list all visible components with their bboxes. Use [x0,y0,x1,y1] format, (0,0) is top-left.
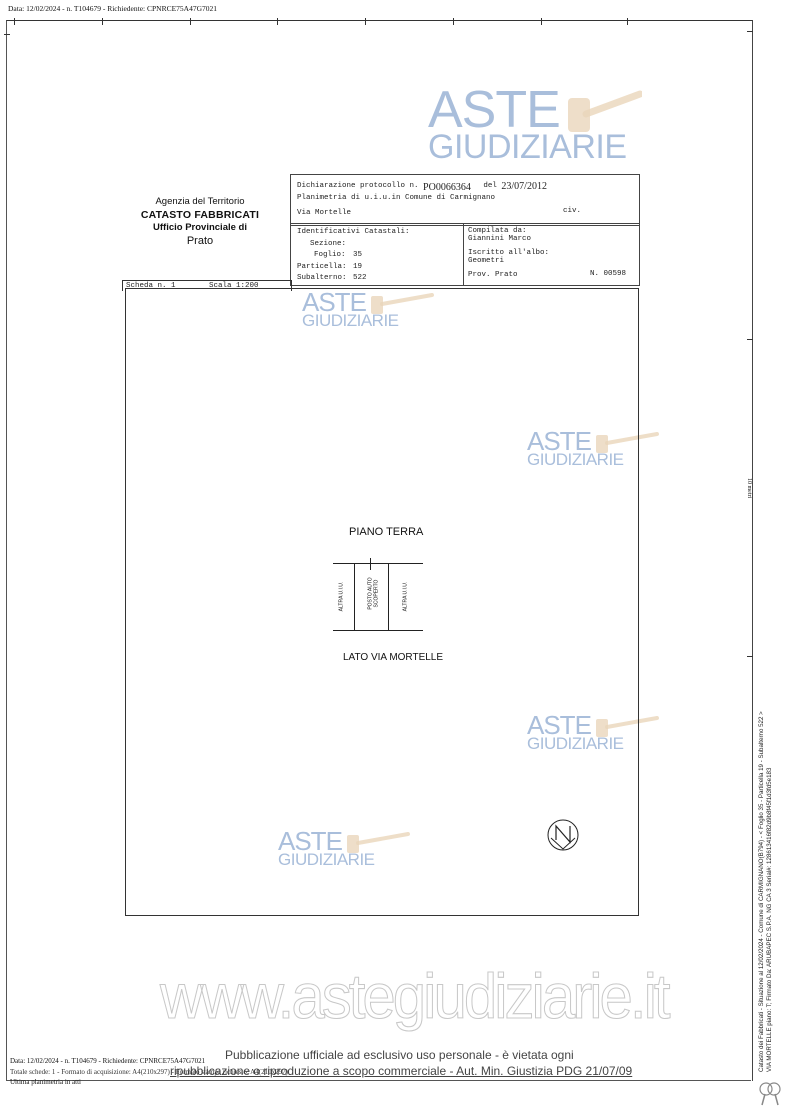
albo-label: Iscritto all'albo: [468,249,549,257]
declaration-box: Dichiarazione protocollo n. PO0066364 de… [290,174,640,226]
footer-format-line: Totale schede: 1 - Formato di acquisizio… [10,1068,288,1076]
watermark-url: www.astegiudiziarie.it [160,960,668,1032]
cadastral-ids-box: Identificativi Catastali: Sezione: Fogli… [290,223,465,286]
floor-label: PIANO TERRA [349,526,423,538]
particella-label: Particella: [297,263,347,271]
certified-seal-icon [757,1080,783,1106]
parking-label-2: SCOPERTO [375,570,380,618]
compiler-province: Prov. Prato [468,271,518,279]
frame-bottom [6,1080,751,1081]
frame-tick [747,31,753,32]
footer-last-plan-line: Ultima planimetria in atti [10,1078,81,1086]
frame-tick [747,339,753,340]
publication-notice-line1: Pubblicazione ufficiale ad esclusivo uso… [225,1048,574,1062]
albo-value: Geometri [468,257,504,265]
sezione-label: Sezione: [310,240,346,248]
subalterno-label: Subalterno: [297,274,347,282]
protocol-number: PO0066364 [423,182,471,193]
foglio-label: Foglio: [314,251,346,259]
civ-label: civ. [563,207,581,215]
agency-header: Agenzia del Territorio CATASTO FABBRICAT… [120,196,280,249]
compiler-label: Compilata da: [468,227,527,235]
frame-tick [627,18,628,25]
planimetry-line: Planimetria di u.i.u.in Comune di Carmig… [297,194,495,202]
frame-tick [190,18,191,25]
parking-space-plan: ALTRA U.I.U. POSTO AUTO SCOPERTO ALTRA U… [333,558,423,633]
north-arrow-icon [546,818,580,852]
particella-value: 19 [353,263,362,271]
frame-tick [453,18,454,25]
office-city: Prato [120,234,280,249]
request-header: Data: 12/02/2024 - n. T104679 - Richiede… [8,4,217,13]
scale-note: 10 metri [746,478,752,498]
cadastral-title: Identificativi Catastali: [297,228,410,236]
frame-tick [14,18,15,25]
protocol-date: 23/07/2012 [501,181,547,192]
side-signature-line: VIA MORTELLE piano: T; Firmato Da: ARUBA… [766,768,773,1072]
foglio-value: 35 [353,251,362,259]
adjacent-unit-left: ALTRA U.I.U. [340,573,345,621]
catasto-title: CATASTO FABBRICATI [120,208,280,222]
gavel-icon [562,88,642,140]
compiler-name: Giannini Marco [468,235,531,243]
frame-tick [365,18,366,25]
side-situation-line: Catasto dei Fabbricati - Situazione al 1… [758,711,765,1072]
frame-tick [4,34,10,35]
address: Via Mortelle [297,209,351,217]
protocol-line: Dichiarazione protocollo n. PO0066364 de… [297,179,547,190]
frame-tick [277,18,278,25]
footer-request-line: Data: 12/02/2024 - n. T104679 - Richiede… [10,1057,205,1065]
street-side-label: LATO VIA MORTELLE [343,652,443,663]
compiler-box: Compilata da: Giannini Marco Iscritto al… [463,223,640,286]
subalterno-value: 522 [353,274,367,282]
adjacent-unit-right: ALTRA U.I.U. [404,573,409,621]
frame-tick [541,18,542,25]
office-label: Ufficio Provinciale di [120,222,280,234]
compiler-number: N. 00598 [590,270,626,278]
frame-tick [747,656,753,657]
frame-tick [102,18,103,25]
agency-name: Agenzia del Territorio [120,196,280,208]
